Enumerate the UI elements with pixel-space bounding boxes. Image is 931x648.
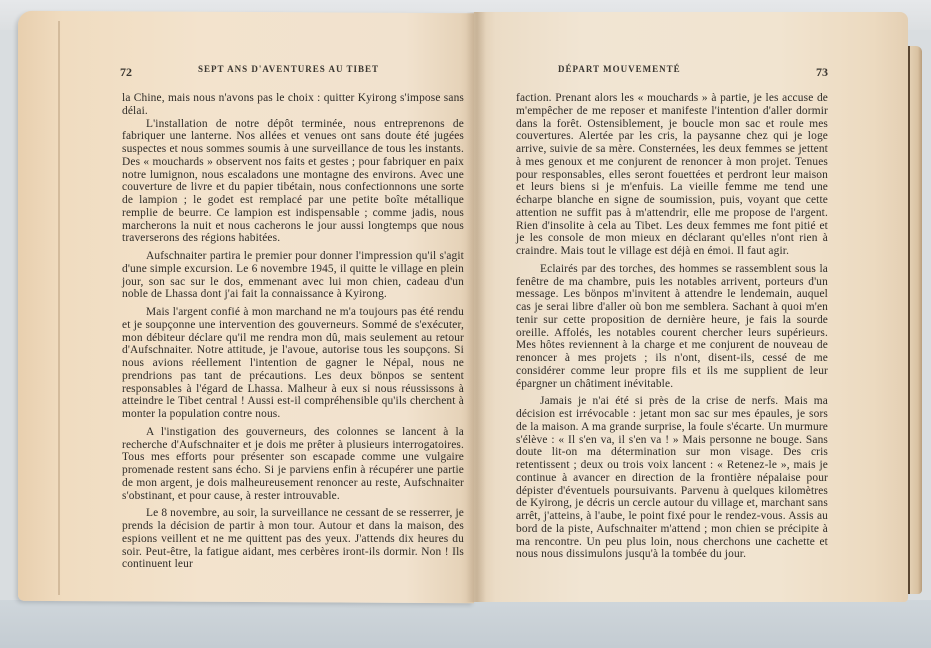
paragraph: Mais l'argent confié à mon marchand ne m… [122,306,464,421]
paragraph: faction. Prenant alors les « mouchards »… [516,92,828,258]
paragraph: Jamais je n'ai été si près de la crise d… [516,395,828,561]
right-page-text: faction. Prenant alors les « mouchards »… [516,92,828,561]
paragraph: L'installation de notre dépôt terminée, … [122,118,464,246]
paragraph: Le 8 novembre, au soir, la surveillance … [122,507,464,571]
left-running-head: SEPT ANS D'AVENTURES AU TIBET [198,64,379,74]
paragraph: A l'instigation des gouverneurs, des col… [122,426,464,503]
paragraph: Aufschnaiter partira le premier pour don… [122,250,464,301]
open-book: 72 SEPT ANS D'AVENTURES AU TIBET la Chin… [18,12,924,612]
paragraph: la Chine, mais nous n'avons pas le choix… [122,92,464,118]
left-page-number: 72 [120,65,132,80]
right-running-head: DÉPART MOUVEMENTÉ [558,64,681,74]
left-page-text: la Chine, mais nous n'avons pas le choix… [122,92,464,571]
book-gutter [466,12,486,602]
right-page-number: 73 [816,65,828,80]
page-edges [908,46,922,594]
paragraph: Eclairés par des torches, des hommes se … [516,263,828,391]
